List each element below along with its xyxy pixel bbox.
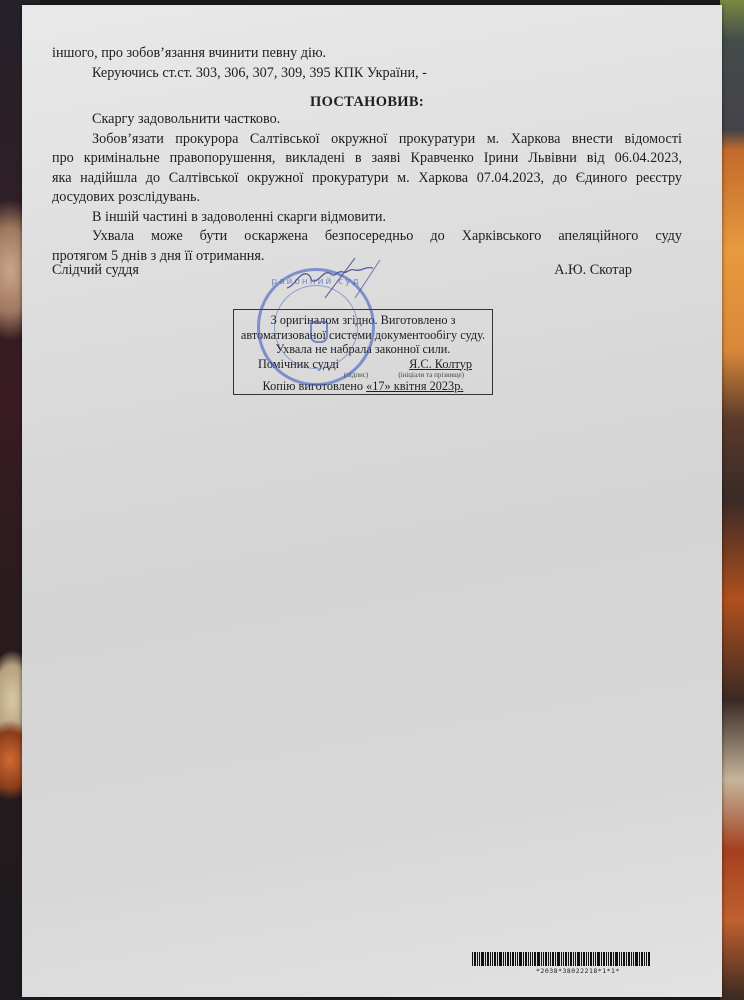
intro-text: іншого, про зобов’язання вчинити певну д… [52, 44, 682, 83]
resolution-p2-line-2: про кримінальне правопорушення, викладен… [52, 149, 682, 169]
resolution-p2-line-3: яка надійшла до Салтівської окружної про… [52, 169, 682, 189]
judge-role: Слідчий суддя [52, 262, 139, 279]
caption-signature: (підпис) [344, 371, 369, 379]
caption-name: (ініціали та прізвище) [398, 371, 464, 379]
intro-line-2: Керуючись ст.ст. 303, 306, 307, 309, 395… [52, 64, 682, 84]
resolution-p3: В іншій частині в задоволенні скарги від… [52, 208, 682, 228]
cert-captions: (підпис) (ініціали та прізвище) [234, 371, 492, 379]
cert-line-2: автоматизованої системи документообігу с… [234, 328, 492, 343]
resolution-p2-line-1: Зобов’язати прокурора Салтівської окружн… [52, 130, 682, 150]
signature-row: Слідчий суддя А.Ю. Скотар [52, 262, 632, 279]
resolution-p1: Скаргу задовольнити частково. [52, 110, 682, 130]
copy-date: «17» квітня 2023р. [366, 379, 463, 393]
assistant-role: Помічник судді [258, 357, 339, 372]
assistant-name: Я.С. Колтур [409, 357, 472, 372]
background-right [720, 0, 744, 1000]
cert-line-3: Ухвала не набрала законної сили. [234, 342, 492, 357]
resolution-body: Скаргу задовольнити частково. Зобов’язат… [52, 110, 682, 266]
certification-stamp: З оригіналом згідно. Виготовлено з автом… [233, 309, 493, 395]
resolution-p2-line-4: досудових розслідувань. [52, 188, 682, 208]
intro-line-1: іншого, про зобов’язання вчинити певну д… [52, 44, 682, 64]
resolution-heading: ПОСТАНОВИВ: [52, 94, 682, 111]
cert-copy-line: Копію виготовлено «17» квітня 2023р. [234, 379, 492, 394]
barcode-text: *2038*38022218*1*1* [536, 967, 620, 975]
judge-name: А.Ю. Скотар [554, 262, 632, 279]
resolution-p4-line-1: Ухвала може бути оскаржена безпосередньо… [52, 227, 682, 247]
cert-line-1: З оригіналом згідно. Виготовлено з [234, 313, 492, 328]
barcode-icon [472, 952, 692, 966]
copy-prefix: Копію виготовлено [263, 379, 363, 393]
cert-assistant-row: Помічник судді Я.С. Колтур [234, 357, 492, 372]
